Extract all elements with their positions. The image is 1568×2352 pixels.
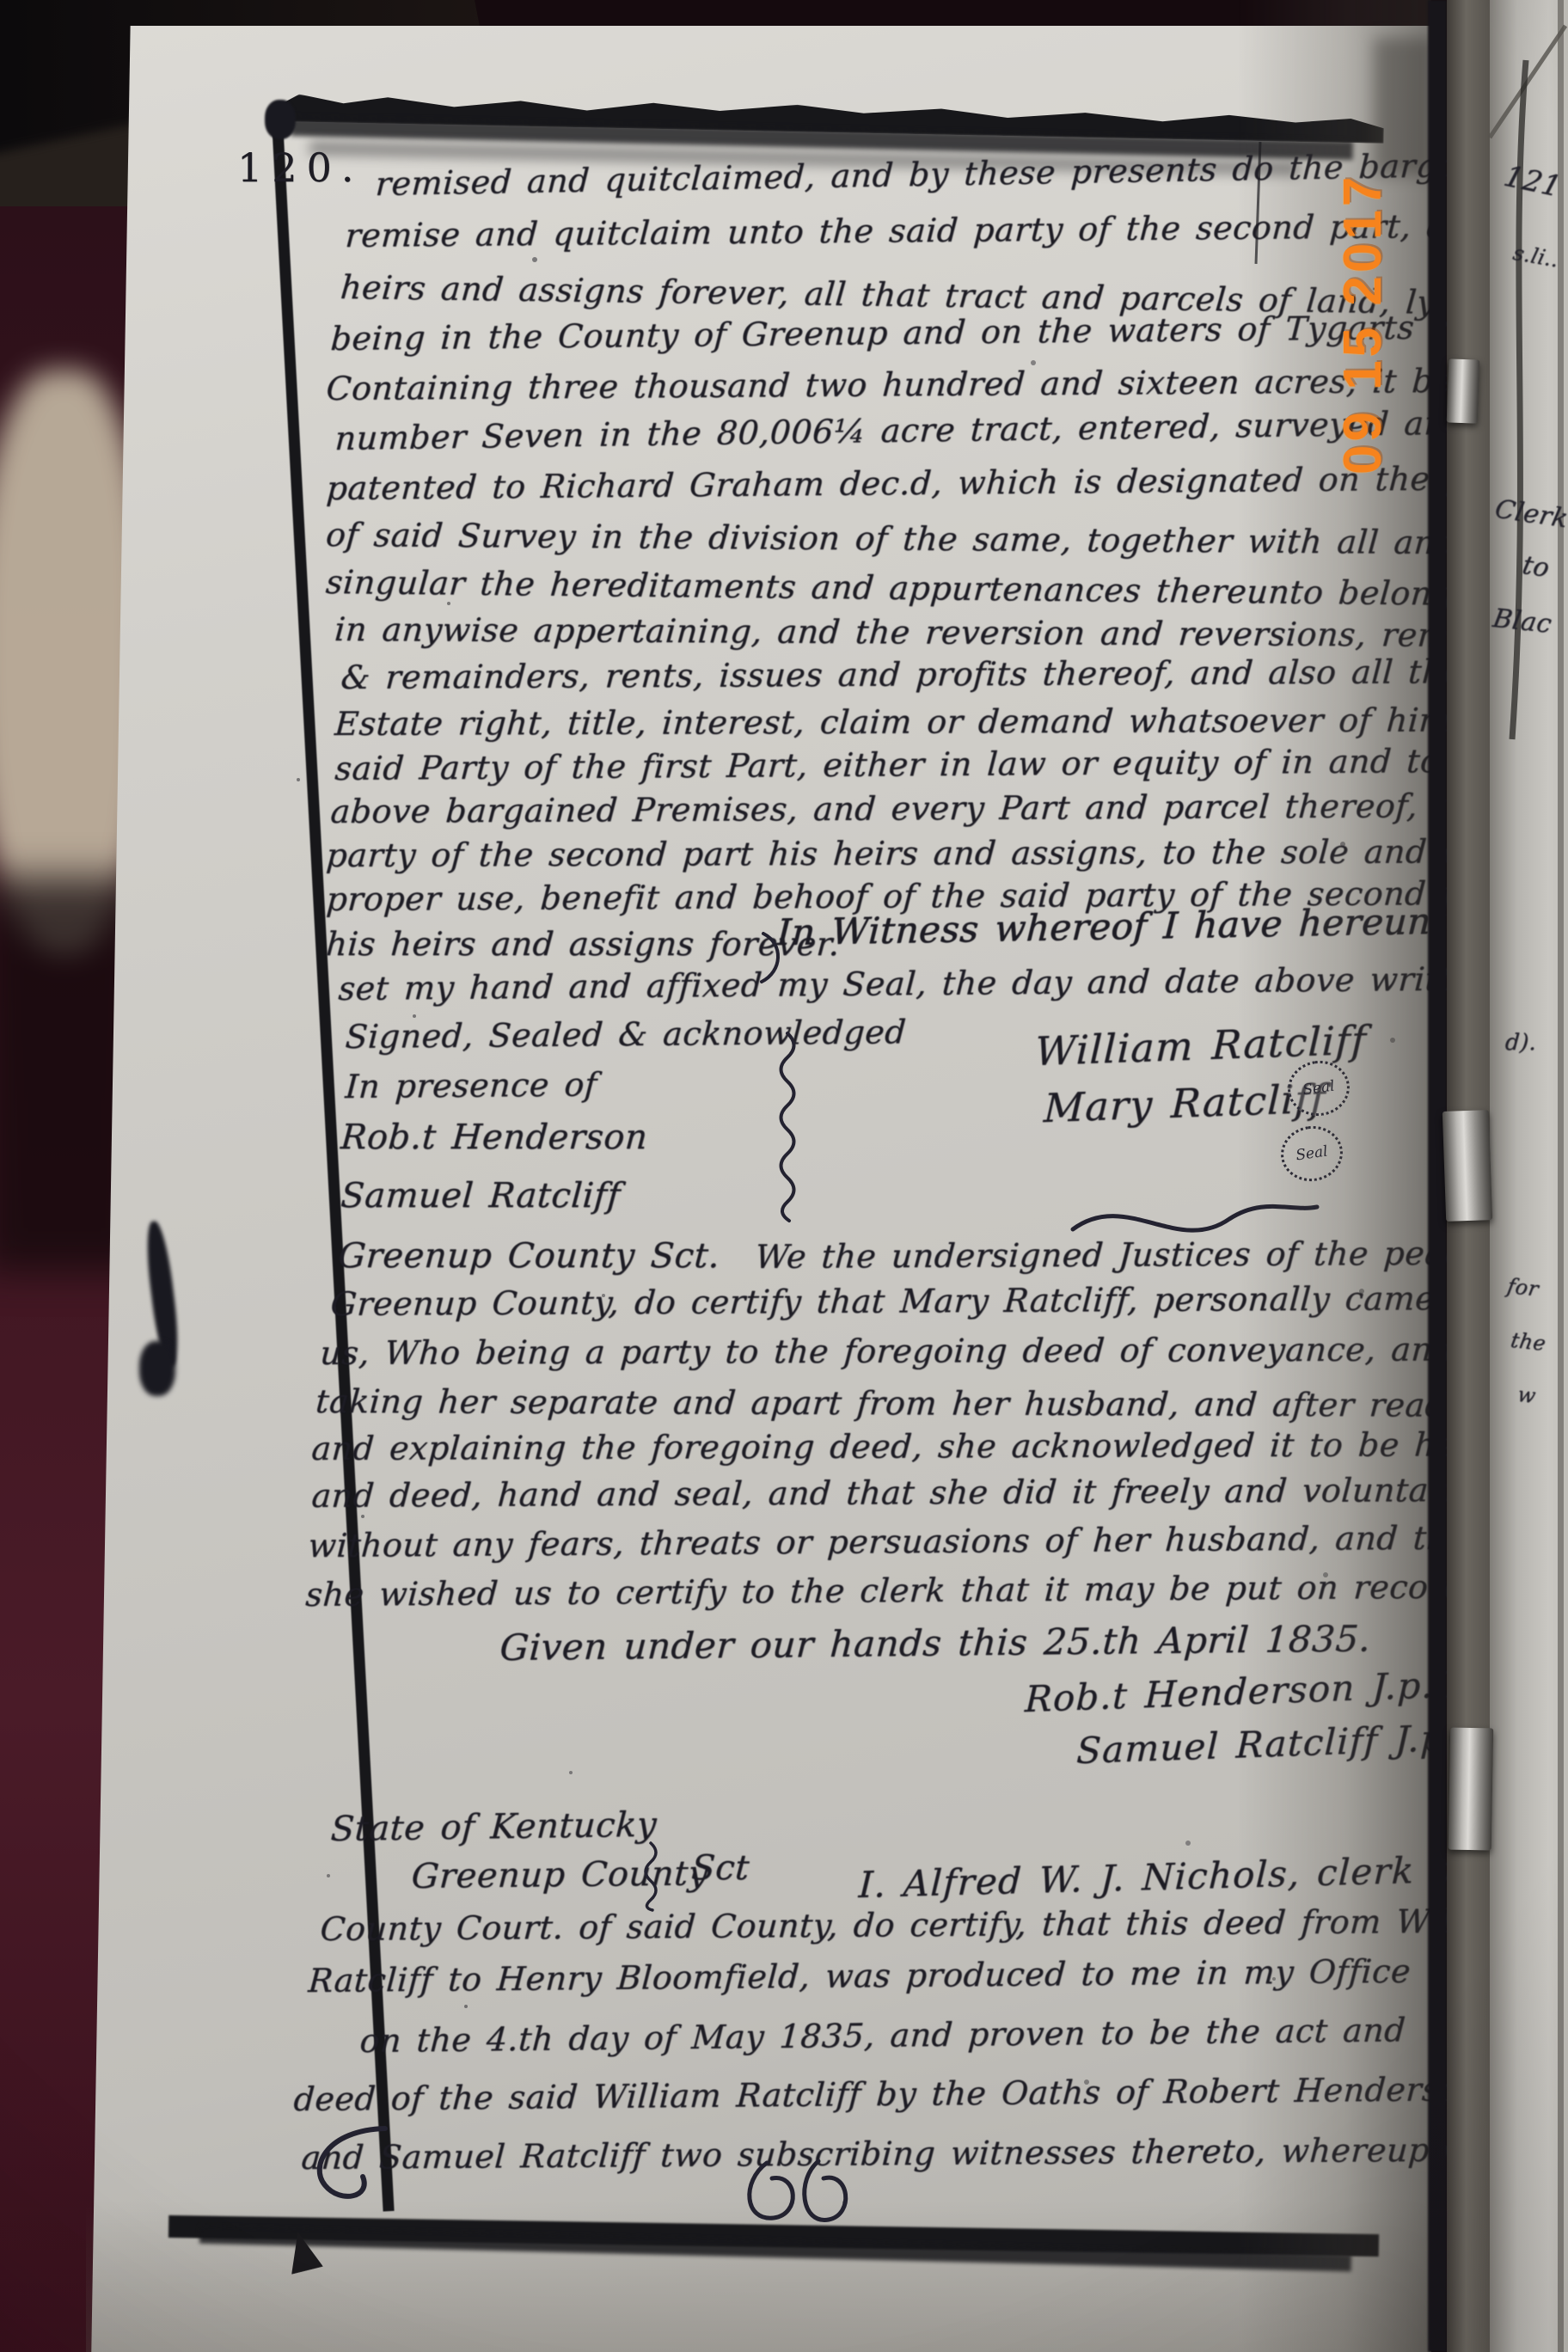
ink-blotch [265, 100, 296, 139]
document-line: State of Kentucky [329, 1805, 658, 1849]
descender-loops [729, 2156, 858, 2239]
brace-squiggle-small [638, 1840, 664, 1912]
photocopy-speckles [0, 0, 3, 3]
capital-swash [303, 2122, 406, 2218]
document-line: Sct [690, 1848, 751, 1888]
right-page-edge-line [1558, 0, 1564, 2352]
document-line: Signed, Sealed & acknowledged [344, 1013, 907, 1056]
document-line: Greenup County Sct. [337, 1236, 721, 1276]
adjacent-page-fragment: Blac [1491, 603, 1554, 640]
camera-date-stamp: 09 15 2017 [1332, 135, 1393, 475]
binder-clip [1449, 1728, 1493, 1851]
document-line: In presence of [344, 1065, 597, 1106]
witness-catch-flourish [755, 928, 793, 990]
witness-rob-henderson: Rob.t Henderson [340, 1118, 649, 1157]
page-number: 120. [237, 144, 363, 191]
adjacent-page-fragment: d). [1504, 1030, 1538, 1056]
adjacent-page-fragment: the [1509, 1328, 1547, 1356]
binder-clip [1447, 358, 1480, 423]
ink-blotch [139, 1341, 175, 1396]
photo: 120. remised and quitclaimed, and by the… [0, 0, 1568, 2352]
document-line: Greenup County [410, 1853, 709, 1896]
binder-clip [1442, 1110, 1492, 1222]
adjacent-page-fragment: for [1505, 1274, 1540, 1301]
witness-samuel-ratcliff: Samuel Ratcliff [340, 1176, 622, 1216]
right-page-fold-lines [1490, 0, 1568, 860]
brace-squiggle [772, 1030, 803, 1222]
